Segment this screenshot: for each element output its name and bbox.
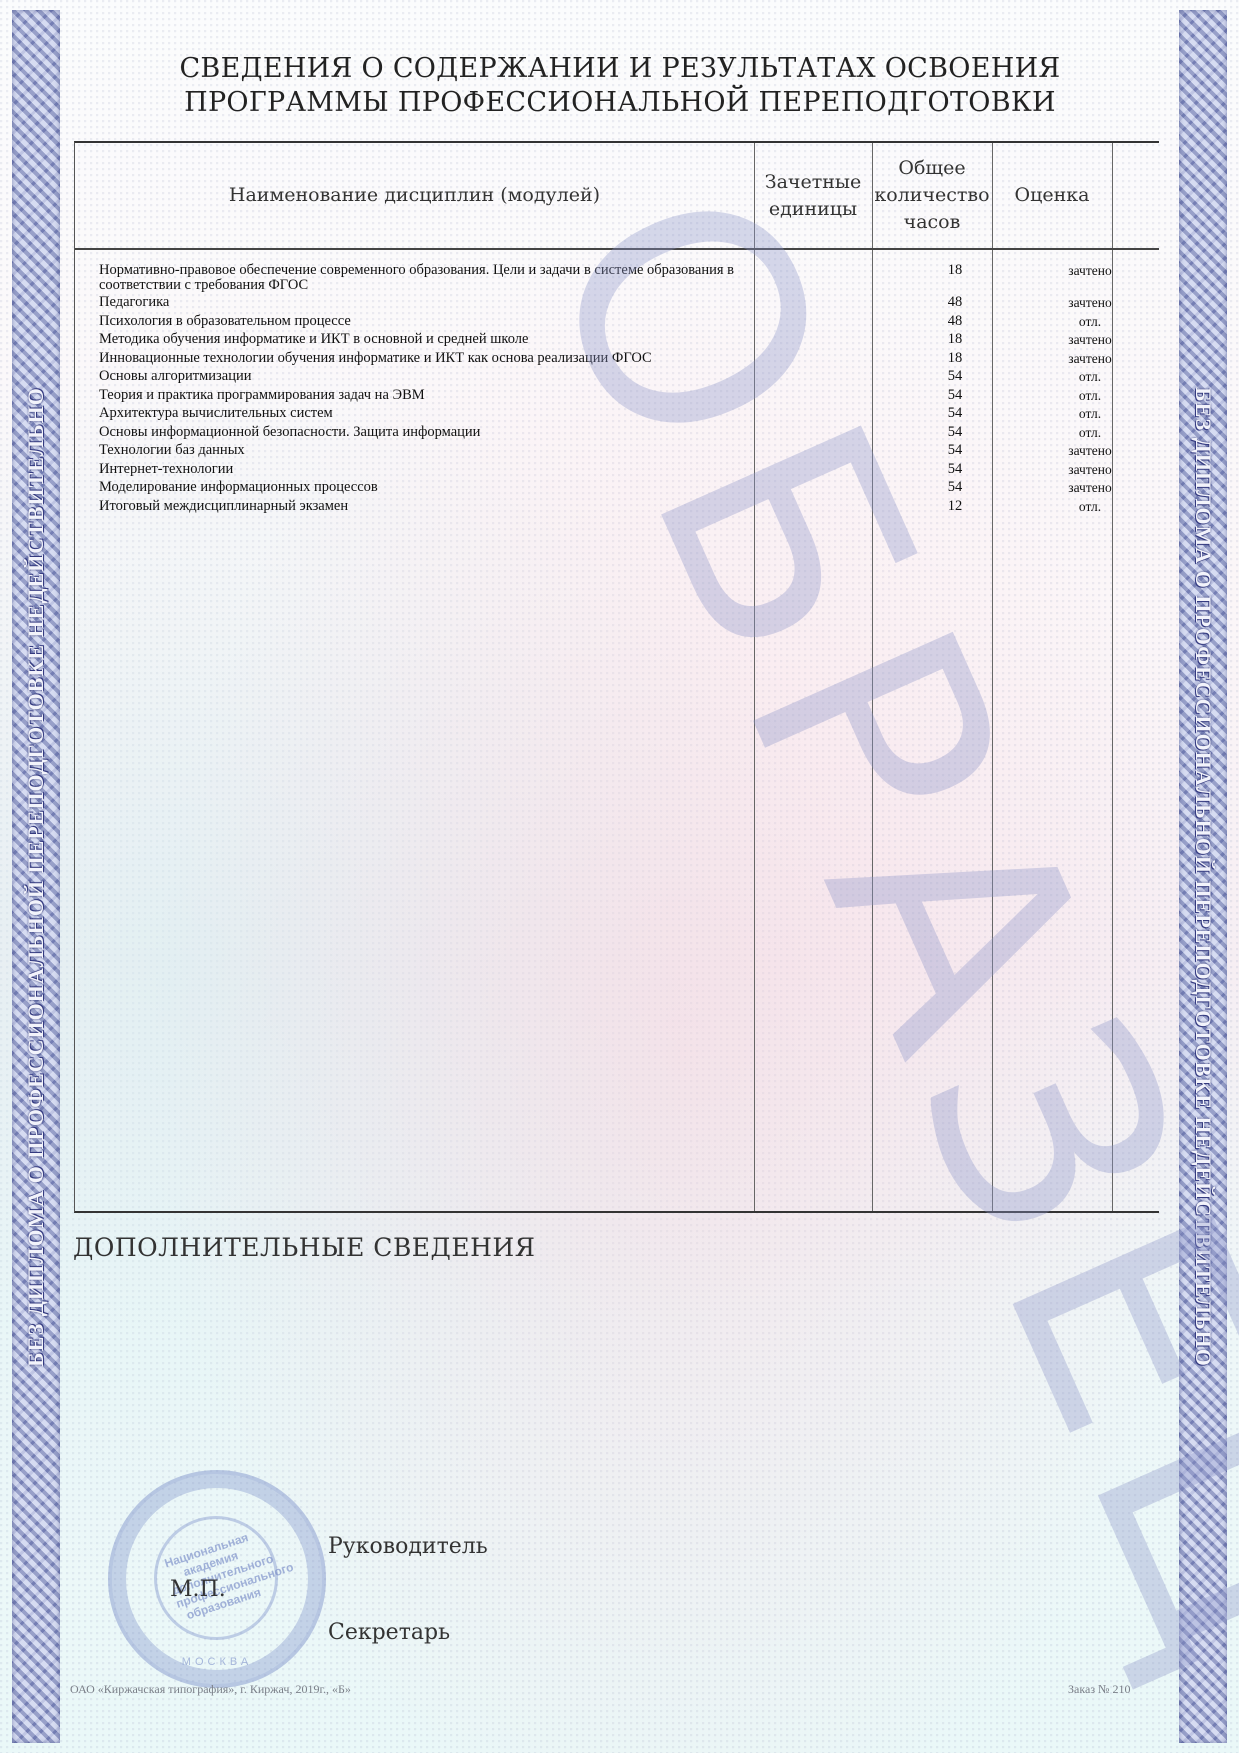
grade: зачтено	[1020, 462, 1160, 477]
discipline-name: Основы алгоритмизации	[99, 369, 739, 384]
total-hours: 54	[890, 480, 1020, 495]
additional-info-title: ДОПОЛНИТЕЛЬНЫЕ СВЕДЕНИЯ	[73, 1233, 535, 1262]
grade: зачтено	[1020, 332, 1160, 347]
table-row: Методика обучения информатике и ИКТ в ос…	[75, 332, 1159, 351]
grade: отл.	[1020, 425, 1160, 440]
title-line-1: СВЕДЕНИЯ О СОДЕРЖАНИИ И РЕЗУЛЬТАТАХ ОСВО…	[120, 52, 1120, 86]
table-row: Нормативно-правовое обеспечение современ…	[75, 263, 1159, 295]
grade: зачтено	[1020, 263, 1160, 278]
table-body: Нормативно-правовое обеспечение современ…	[75, 263, 1159, 517]
total-hours: 54	[890, 462, 1020, 477]
left-border-text: БЕЗ ДИПЛОМА О ПРОФЕССИОНАЛЬНОЙ ПЕРЕПОДГО…	[23, 387, 49, 1367]
grade: зачтено	[1020, 295, 1160, 310]
discipline-name: Моделирование информационных процессов	[99, 480, 739, 495]
total-hours: 12	[890, 499, 1020, 514]
table-row: Педагогика48зачтено	[75, 295, 1159, 314]
total-hours: 48	[890, 314, 1020, 329]
discipline-name: Интернет-технологии	[99, 462, 739, 477]
grade: отл.	[1020, 369, 1160, 384]
header-grade: Оценка	[992, 143, 1112, 248]
table-row: Основы алгоритмизации54отл.	[75, 369, 1159, 388]
total-hours: 54	[890, 406, 1020, 421]
order-number: Заказ № 210	[1068, 1682, 1131, 1697]
discipline-name: Технологии баз данных	[99, 443, 739, 458]
total-hours: 54	[890, 443, 1020, 458]
page-title: СВЕДЕНИЯ О СОДЕРЖАНИИ И РЕЗУЛЬТАТАХ ОСВО…	[120, 52, 1120, 120]
head-signature-label: Руководитель	[328, 1534, 488, 1559]
title-line-2: ПРОГРАММЫ ПРОФЕССИОНАЛЬНОЙ ПЕРЕПОДГОТОВК…	[120, 86, 1120, 120]
grade: отл.	[1020, 314, 1160, 329]
right-guilloche-border: БЕЗ ДИПЛОМА О ПРОФЕССИОНАЛЬНОЙ ПЕРЕПОДГО…	[1179, 10, 1227, 1743]
table-row: Интернет-технологии54зачтено	[75, 462, 1159, 481]
grade: зачтено	[1020, 351, 1160, 366]
seal-city: МОСКВА	[112, 1656, 322, 1668]
header-credits: Зачетные единицы	[754, 143, 872, 248]
total-hours: 54	[890, 425, 1020, 440]
disciplines-table: Наименование дисциплин (модулей) Зачетны…	[74, 141, 1159, 1213]
table-row: Инновационные технологии обучения информ…	[75, 351, 1159, 370]
diploma-supplement-page: БЕЗ ДИПЛОМА О ПРОФЕССИОНАЛЬНОЙ ПЕРЕПОДГО…	[0, 0, 1239, 1753]
header-divider	[75, 248, 1159, 250]
total-hours: 18	[890, 332, 1020, 347]
table-row: Основы информационной безопасности. Защи…	[75, 425, 1159, 444]
discipline-name: Педагогика	[99, 295, 739, 310]
discipline-name: Инновационные технологии обучения информ…	[99, 351, 739, 366]
total-hours: 48	[890, 295, 1020, 310]
discipline-name: Итоговый междисциплинарный экзамен	[99, 499, 739, 514]
printer-imprint: ОАО «Киржачская типография», г. Киржач, …	[70, 1682, 351, 1697]
header-total-hours: Общее количество часов	[872, 143, 992, 248]
table-row: Психология в образовательном процессе48о…	[75, 314, 1159, 333]
table-row: Итоговый междисциплинарный экзамен12отл.	[75, 499, 1159, 518]
grade: отл.	[1020, 388, 1160, 403]
discipline-name: Основы информационной безопасности. Защи…	[99, 425, 739, 440]
discipline-name: Психология в образовательном процессе	[99, 314, 739, 329]
grade: зачтено	[1020, 443, 1160, 458]
secretary-signature-label: Секретарь	[328, 1620, 450, 1645]
total-hours: 18	[890, 263, 1020, 278]
discipline-name: Архитектура вычислительных систем	[99, 406, 739, 421]
total-hours: 18	[890, 351, 1020, 366]
grade: зачтено	[1020, 480, 1160, 495]
discipline-name: Методика обучения информатике и ИКТ в ос…	[99, 332, 739, 347]
right-border-text: БЕЗ ДИПЛОМА О ПРОФЕССИОНАЛЬНОЙ ПЕРЕПОДГО…	[1190, 387, 1216, 1367]
table-row: Архитектура вычислительных систем54отл.	[75, 406, 1159, 425]
table-row: Моделирование информационных процессов54…	[75, 480, 1159, 499]
seal-place-label: М.П.	[170, 1577, 226, 1602]
left-guilloche-border: БЕЗ ДИПЛОМА О ПРОФЕССИОНАЛЬНОЙ ПЕРЕПОДГО…	[12, 10, 60, 1743]
total-hours: 54	[890, 369, 1020, 384]
header-discipline-name: Наименование дисциплин (модулей)	[75, 143, 754, 248]
discipline-name: Теория и практика программирования задач…	[99, 388, 739, 403]
table-row: Технологии баз данных54зачтено	[75, 443, 1159, 462]
grade: отл.	[1020, 499, 1160, 514]
table-row: Теория и практика программирования задач…	[75, 388, 1159, 407]
total-hours: 54	[890, 388, 1020, 403]
discipline-name: Нормативно-правовое обеспечение современ…	[99, 263, 739, 293]
grade: отл.	[1020, 406, 1160, 421]
